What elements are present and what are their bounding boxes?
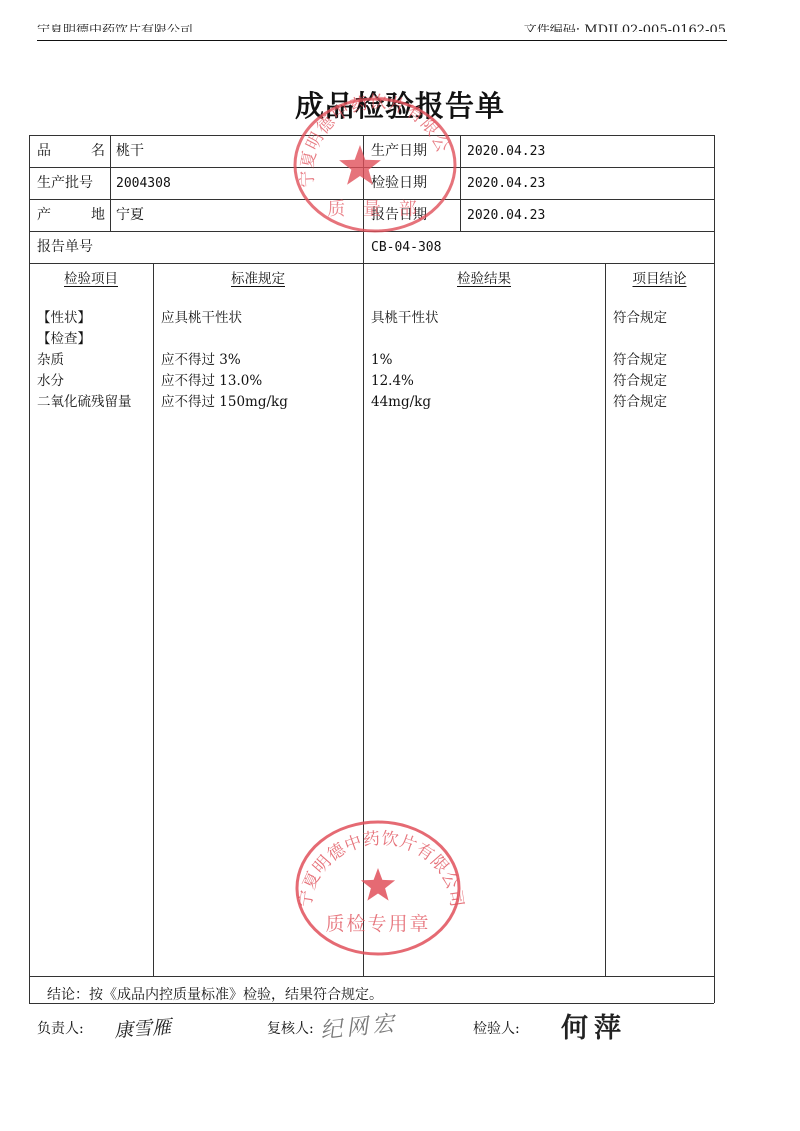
cell-result: 具桃干性状 (371, 308, 439, 329)
svg-text:质 量 部: 质 量 部 (327, 199, 422, 220)
batch-label: 生产批号 (37, 175, 93, 191)
cell-item: 【检查】 (37, 329, 91, 350)
responsible-signature: 康雪雁 (113, 1012, 172, 1043)
column-header-result: 检验结果 (363, 267, 605, 287)
cell-standard: 应具桃干性状 (161, 308, 242, 329)
product-name-value: 桃干 (116, 143, 144, 159)
quality-inspection-seal: 宁夏明德中药饮片有限公司 质检专用章 (293, 818, 463, 958)
table-rule (29, 263, 714, 264)
batch-value: 2004308 (116, 176, 171, 192)
label-char: 品 (37, 143, 51, 159)
document-number: 文件编码: MDJL02-005-0162-05 (524, 24, 726, 32)
table-border-left (29, 135, 30, 1003)
report-number-value: CB-04-308 (371, 240, 441, 256)
cell-result: 1% (371, 350, 392, 371)
header-divider (37, 40, 727, 41)
inspection-date-value: 2020.04.23 (467, 176, 545, 192)
reviewer-signature: 纪网宏 (319, 1006, 400, 1045)
responsible-label: 负责人: (37, 1018, 84, 1038)
inspector-label: 检验人: (473, 1018, 520, 1038)
table-rule-v (153, 263, 154, 976)
cell-item: 【性状】 (37, 308, 91, 329)
cell-item: 水分 (37, 371, 64, 392)
cell-standard: 应不得过 13.0% (161, 371, 262, 392)
cell-standard: 应不得过 3% (161, 350, 241, 371)
cell-item: 杂质 (37, 350, 64, 371)
cell-conclusion: 符合规定 (613, 350, 667, 371)
cell-item: 二氧化硫残留量 (37, 392, 132, 413)
label-char: 地 (91, 207, 105, 223)
reviewer-label: 复核人: (267, 1018, 314, 1038)
inspector-signature: 何萍 (561, 1006, 627, 1045)
column-header-standard: 标准规定 (153, 267, 363, 287)
table-border-right (714, 135, 715, 1003)
origin-label: 产 地 (37, 207, 105, 223)
conclusion-text: 结论：按《成品内控质量标准》检验，结果符合规定。 (47, 984, 383, 1004)
cell-standard: 应不得过 150mg/kg (161, 392, 288, 413)
table-rule-v (605, 263, 606, 976)
cell-conclusion: 符合规定 (613, 392, 667, 413)
cell-result: 44mg/kg (371, 392, 431, 413)
quality-department-stamp: 宁夏明德中药饮片有限公司 质 量 部 (290, 95, 460, 235)
column-header-item: 检验项目 (29, 267, 153, 287)
report-date-value: 2020.04.23 (467, 208, 545, 224)
column-header-conclusion: 项目结论 (605, 267, 714, 287)
table-rule-v (460, 135, 461, 231)
report-number-label: 报告单号 (37, 239, 93, 255)
cell-conclusion: 符合规定 (613, 371, 667, 392)
svg-text:质检专用章: 质检专用章 (325, 913, 430, 935)
cell-conclusion: 符合规定 (613, 308, 667, 329)
production-date-value: 2020.04.23 (467, 144, 545, 160)
company-name: 宁夏明德中药饮片有限公司 (37, 24, 193, 32)
origin-value: 宁夏 (116, 207, 144, 223)
cell-result: 12.4% (371, 371, 414, 392)
table-rule (29, 976, 714, 977)
table-rule-v (110, 135, 111, 231)
label-char: 产 (37, 207, 51, 223)
label-char: 名 (91, 143, 105, 159)
product-name-label: 品 名 (37, 143, 105, 159)
